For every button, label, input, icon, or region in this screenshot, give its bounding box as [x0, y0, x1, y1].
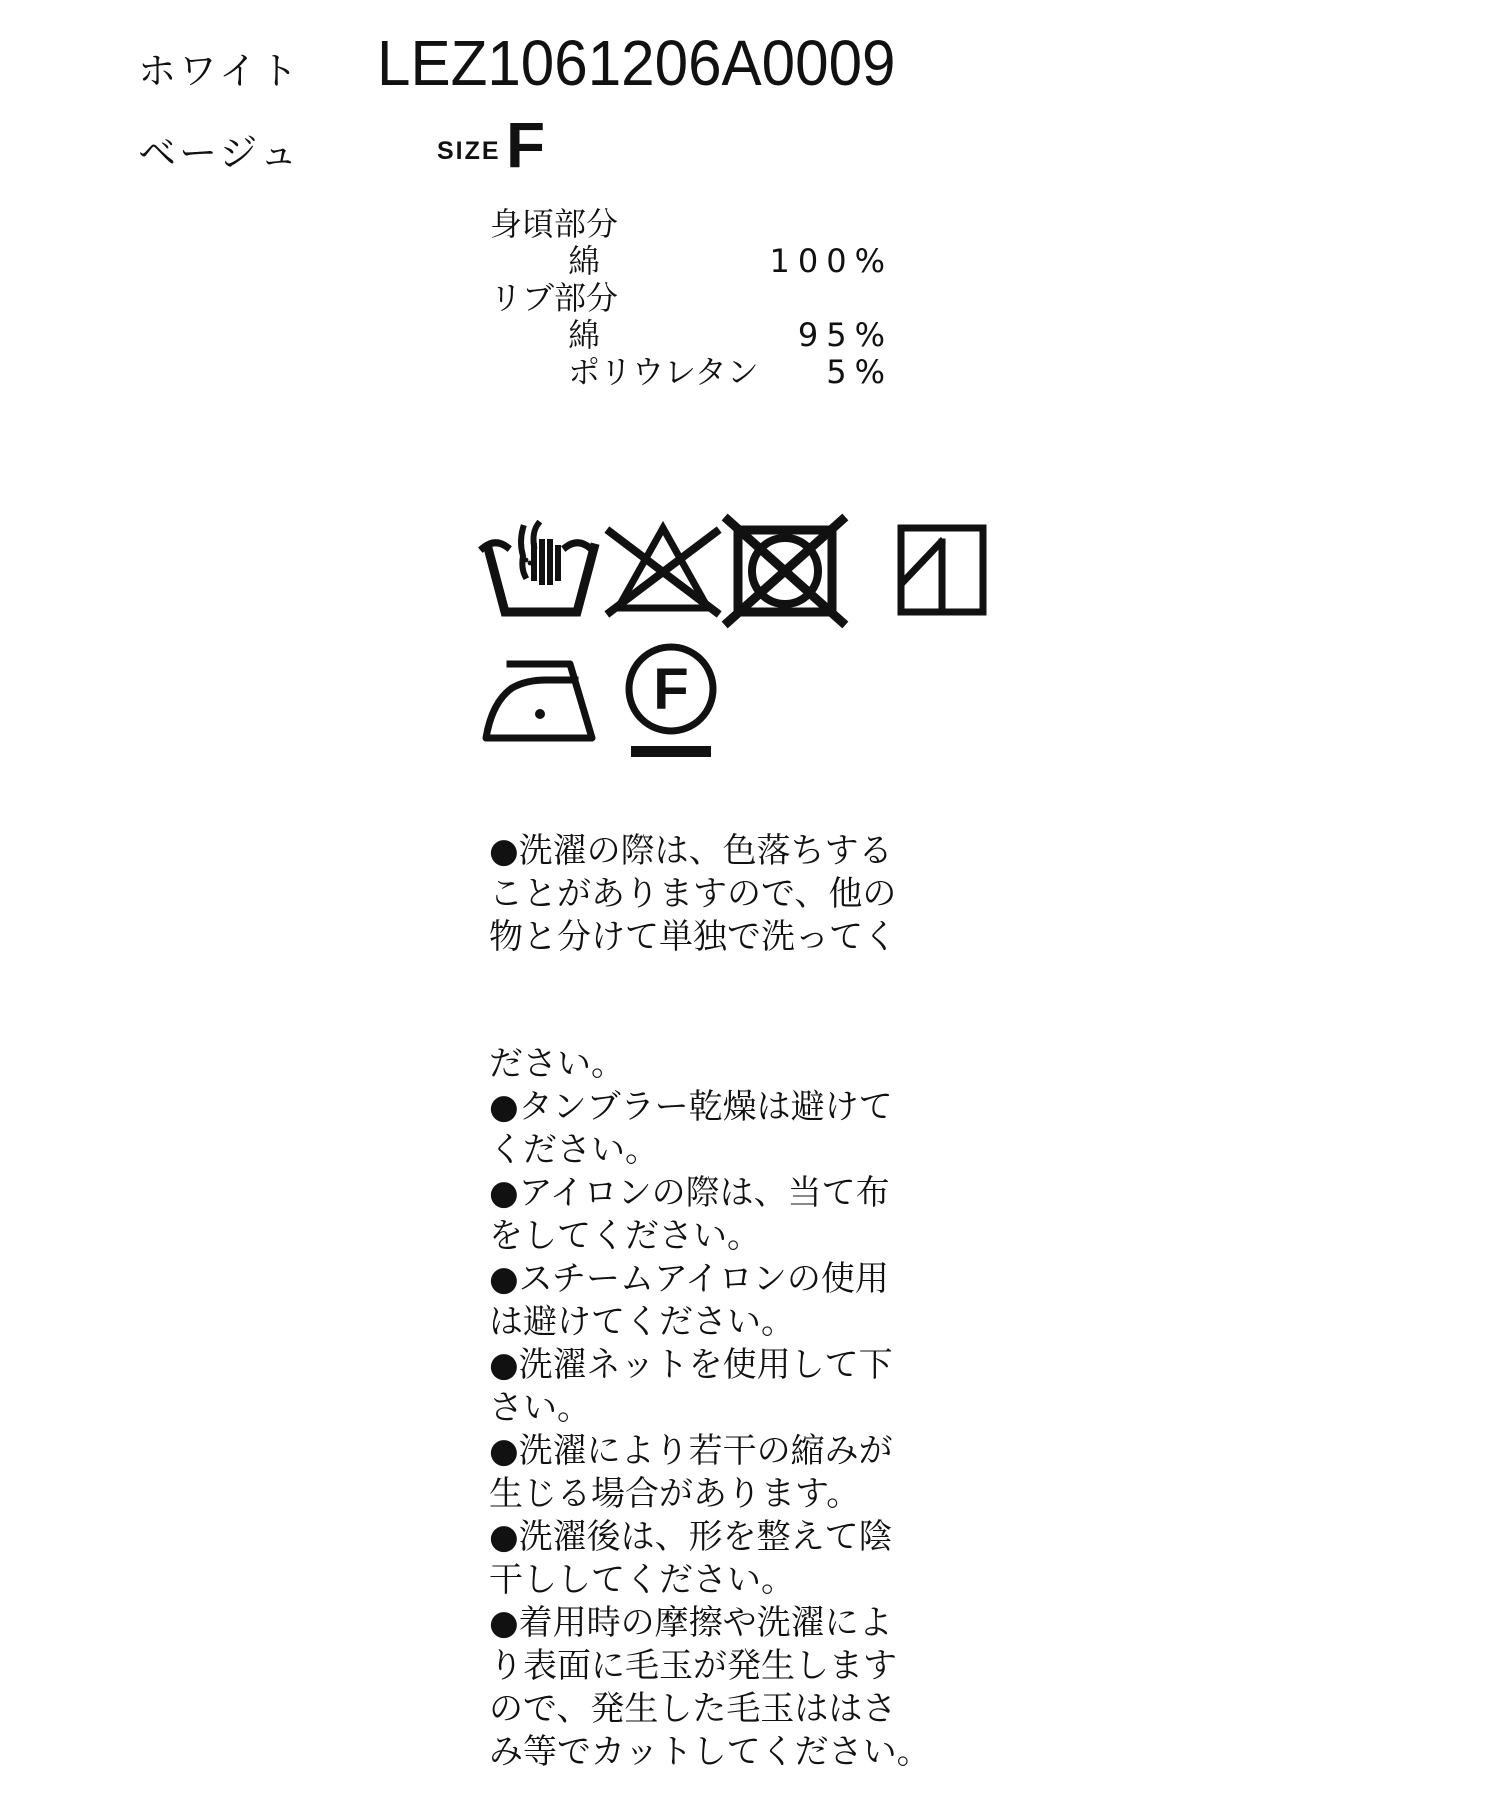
- care-instruction-line: 干ししてください。: [489, 1559, 931, 1602]
- care-instruction-line: ●スチームアイロンの使用: [489, 1258, 931, 1301]
- care-instruction-line: ので、発生した毛玉ははさ: [489, 1688, 931, 1731]
- line-dry-in-shade-icon: [896, 520, 988, 622]
- hand-wash-icon: [478, 516, 604, 622]
- care-instruction-line: 物と分けて単独で洗ってく: [489, 916, 931, 959]
- care-instruction-line: ●洗濯の際は、色落ちする: [489, 830, 931, 873]
- composition-section-name: リブ部分: [490, 280, 893, 317]
- care-instruction-line: をしてください。: [489, 1215, 931, 1258]
- paragraph-gap: [489, 959, 931, 1043]
- material-name: 綿: [490, 243, 600, 280]
- care-instruction-line: み等でカットしてください。: [489, 1731, 931, 1774]
- composition-row: 綿 95%: [490, 317, 893, 354]
- composition-row: ポリウレタン 5%: [490, 354, 893, 391]
- composition-table: 身頃部分 綿 100% リブ部分 綿 95% ポリウレタン 5%: [490, 206, 893, 391]
- care-instruction-line: ●アイロンの際は、当て布: [489, 1172, 931, 1215]
- do-not-tumble-dry-icon: [724, 514, 846, 624]
- care-instruction-line: ●タンブラー乾燥は避けて: [489, 1086, 931, 1129]
- material-percent: 95%: [798, 317, 893, 354]
- material-percent: 5%: [826, 354, 893, 391]
- care-instruction-line: ●洗濯ネットを使用して下: [489, 1344, 931, 1387]
- material-name: ポリウレタン: [490, 354, 759, 391]
- size-value: F: [506, 108, 545, 182]
- material-percent: 100%: [770, 243, 893, 280]
- care-instruction-line: ことがありますので、他の: [489, 873, 931, 916]
- color-name-beige: ベージュ: [138, 122, 300, 177]
- care-label-page: ホワイト ベージュ LEZ1061206A0009 SIZE F 身頃部分 綿 …: [0, 0, 1500, 1800]
- product-code: LEZ1061206A0009: [377, 26, 895, 100]
- care-instruction-line: り表面に毛玉が発生します: [489, 1645, 931, 1688]
- iron-low-heat-one-dot-icon: [480, 654, 604, 746]
- composition-row: 綿 100%: [490, 243, 893, 280]
- care-instruction-line: は避けてください。: [489, 1301, 931, 1344]
- composition-section-name: 身頃部分: [490, 206, 893, 243]
- care-instruction-line: ●着用時の摩擦や洗濯によ: [489, 1602, 931, 1645]
- do-not-bleach-icon: [604, 518, 722, 622]
- care-instruction-line: 生じる場合があります。: [489, 1473, 931, 1516]
- material-name: 綿: [490, 317, 600, 354]
- size-label: SIZE: [437, 137, 501, 166]
- color-name-white: ホワイト: [138, 40, 301, 95]
- care-instruction-line: ●洗濯後は、形を整えて陰: [489, 1516, 931, 1559]
- dry-clean-petroleum-F-gentle-icon: F: [622, 640, 718, 762]
- care-instruction-line: ●洗濯により若干の縮みが: [489, 1430, 931, 1473]
- care-instruction-line: さい。: [489, 1387, 931, 1430]
- svg-text:F: F: [653, 657, 688, 722]
- care-instruction-line: ださい。: [489, 1043, 931, 1086]
- care-instruction-line: ください。: [489, 1129, 931, 1172]
- care-instructions: ●洗濯の際は、色落ちする ことがありますので、他の 物と分けて単独で洗ってく だ…: [489, 830, 931, 1774]
